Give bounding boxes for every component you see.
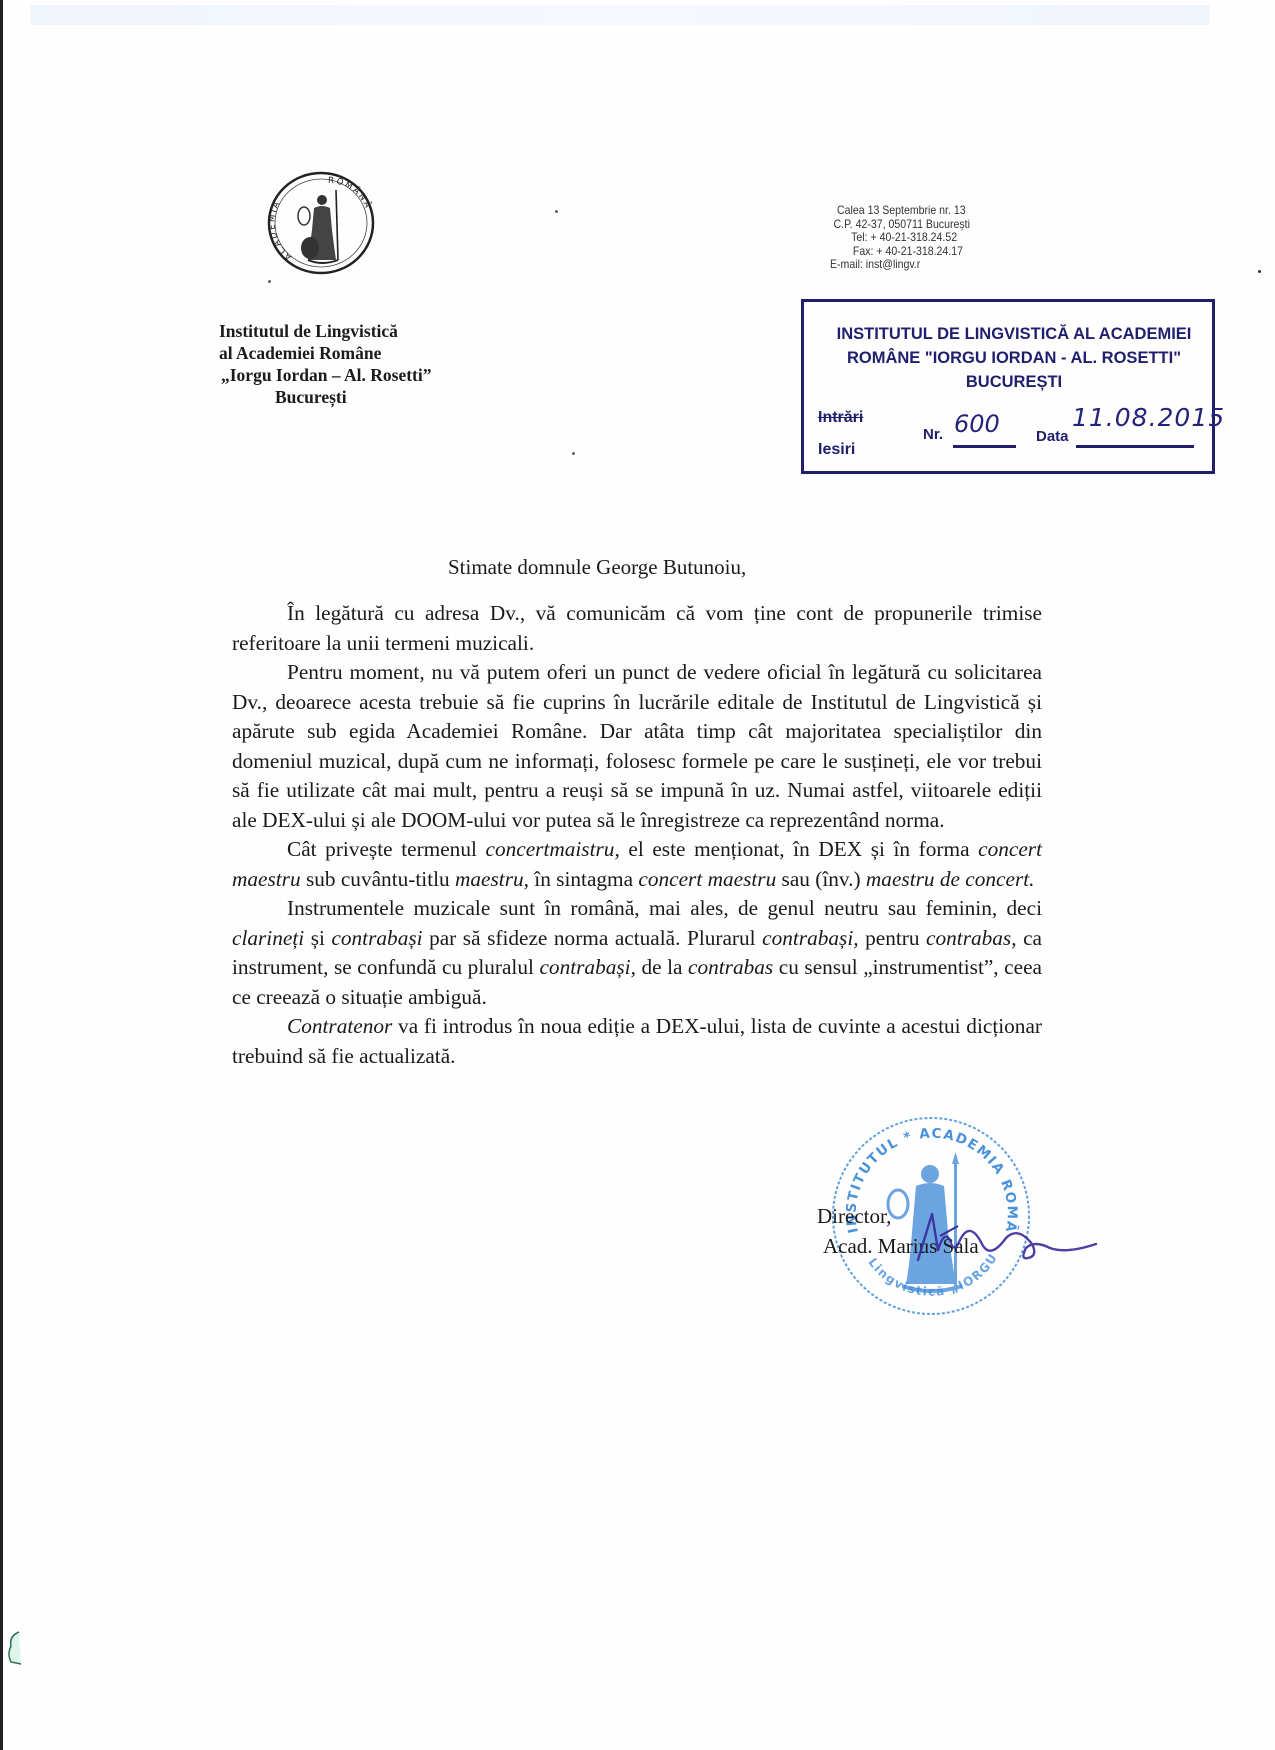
italic-term: Contratenor bbox=[287, 1014, 392, 1038]
scan-speck bbox=[572, 452, 575, 455]
email-line: E-mail: inst@lingv.r bbox=[830, 258, 970, 272]
outgoing-label: Iesiri bbox=[818, 441, 855, 459]
scan-speck bbox=[268, 280, 271, 283]
registration-number: 600 bbox=[954, 410, 1000, 438]
number-label: Nr. bbox=[923, 426, 943, 443]
italic-term: contrabas bbox=[688, 955, 773, 979]
registration-stamp-title: INSTITUTUL DE LINGVISTICĂ AL ACADEMIEI R… bbox=[818, 322, 1210, 394]
scan-artifact-mark bbox=[5, 1630, 23, 1666]
letter-paragraph: În legătură cu adresa Dv., vă comunicăm … bbox=[232, 599, 1042, 658]
text-run: Pentru moment, nu vă putem oferi un punc… bbox=[232, 660, 1042, 832]
text-run: Cât privește termenul bbox=[287, 837, 486, 861]
italic-term: concertmaistru, bbox=[486, 837, 620, 861]
italic-term: maestru de concert. bbox=[866, 867, 1035, 891]
italic-term: contrabași, bbox=[762, 926, 858, 950]
text-run: sau (înv.) bbox=[776, 867, 866, 891]
text-run: În legătură cu adresa Dv., vă comunicăm … bbox=[232, 601, 1042, 655]
text-run: în sintagma bbox=[529, 867, 638, 891]
phone-line: Tel: + 40-21-318.24.52 bbox=[830, 231, 970, 245]
registration-date: 11.08.2015 bbox=[1072, 403, 1225, 432]
salutation: Stimate domnule George Butunoiu, bbox=[448, 555, 746, 580]
institution-line: al Academiei Române bbox=[185, 342, 445, 364]
number-underline bbox=[953, 445, 1016, 448]
text-run: de la bbox=[636, 955, 688, 979]
academia-romana-seal-icon: ACADEMIA ROMÂNĂ bbox=[262, 168, 380, 278]
svg-text:ACADEMIA: ACADEMIA bbox=[267, 199, 294, 262]
scan-speck bbox=[555, 210, 558, 213]
handwritten-signature-icon bbox=[910, 1200, 1100, 1280]
italic-term: clarineți bbox=[232, 926, 304, 950]
institution-line: „Iorgu Iordan – Al. Rosetti” bbox=[185, 364, 445, 386]
scan-top-band bbox=[30, 5, 1210, 25]
contact-address: Calea 13 Septembrie nr. 13 C.P. 42-37, 0… bbox=[830, 204, 989, 272]
text-run: el este menționat, în DEX și în forma bbox=[620, 837, 978, 861]
address-line: Calea 13 Septembrie nr. 13 bbox=[830, 204, 970, 218]
institution-name: Institutul de Lingvistică al Academiei R… bbox=[185, 320, 445, 408]
incoming-label: Intrări bbox=[818, 409, 863, 427]
text-run: Instrumentele muzicale sunt în română, m… bbox=[287, 896, 1042, 920]
text-run: sub cuvântu-titlu bbox=[301, 867, 455, 891]
registration-stamp: INSTITUTUL DE LINGVISTICĂ AL ACADEMIEI R… bbox=[801, 299, 1215, 474]
letter-paragraph: Instrumentele muzicale sunt în română, m… bbox=[232, 894, 1042, 1012]
text-run: par să sfideze norma actuală. Plurarul bbox=[423, 926, 763, 950]
italic-term: concert maestru bbox=[638, 867, 776, 891]
text-run: pentru bbox=[859, 926, 926, 950]
date-label: Data bbox=[1036, 428, 1069, 445]
scan-edge bbox=[0, 0, 3, 1750]
letter-body: În legătură cu adresa Dv., vă comunicăm … bbox=[232, 599, 1042, 1071]
fax-line: Fax: + 40-21-318.24.17 bbox=[830, 245, 970, 259]
text-run: și bbox=[304, 926, 331, 950]
stamp-title-line: INSTITUTUL DE LINGVISTICĂ AL ACADEMIEI bbox=[818, 322, 1210, 346]
letter-paragraph: Contratenor va fi introdus în noua ediți… bbox=[232, 1012, 1042, 1071]
italic-term: maestru, bbox=[455, 867, 529, 891]
scan-speck bbox=[1258, 270, 1261, 273]
date-underline bbox=[1076, 445, 1194, 448]
address-line: C.P. 42-37, 050711 București bbox=[830, 218, 970, 232]
stamp-title-line: ROMÂNE "IORGU IORDAN - AL. ROSETTI" bbox=[818, 346, 1210, 370]
institution-line: București bbox=[185, 386, 445, 408]
signatory-title: Director, bbox=[817, 1204, 891, 1229]
institution-line: Institutul de Lingvistică bbox=[185, 320, 445, 342]
letter-page: ACADEMIA ROMÂNĂ Institutul de Lingvistic… bbox=[0, 0, 1275, 1750]
letter-paragraph: Pentru moment, nu vă putem oferi un punc… bbox=[232, 658, 1042, 835]
italic-term: contrabas, bbox=[926, 926, 1017, 950]
italic-term: contrabași bbox=[331, 926, 422, 950]
stamp-title-line: BUCUREȘTI bbox=[818, 370, 1210, 394]
italic-term: contrabași, bbox=[539, 955, 635, 979]
letter-paragraph: Cât privește termenul concertmaistru, el… bbox=[232, 835, 1042, 894]
